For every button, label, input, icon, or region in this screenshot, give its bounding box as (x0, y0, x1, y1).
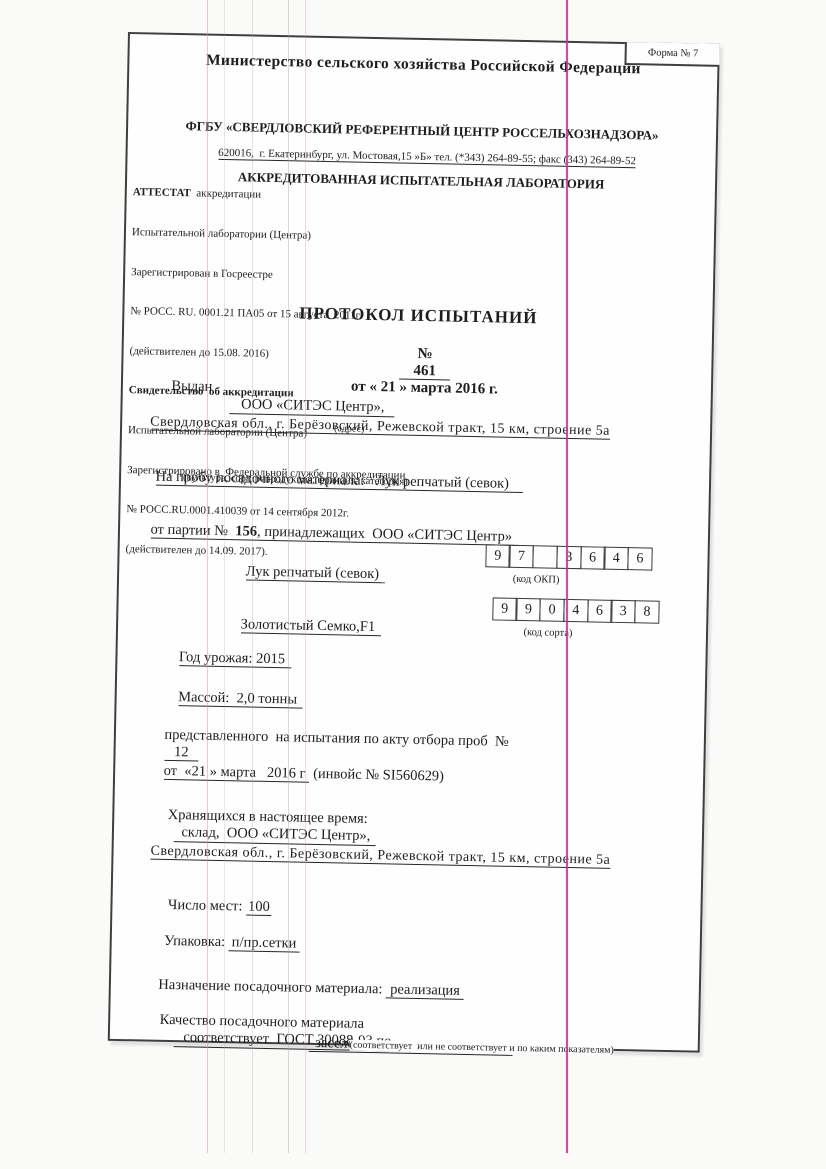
batch-suffix: , принадлежащих ООО «СИТЭС Центр» (257, 524, 512, 545)
okp-code-cell: 6 (580, 546, 605, 569)
places-value: 100 (246, 899, 272, 917)
variety-code-caption: (код сорта) (483, 626, 613, 640)
address-caption: (адрес) (334, 423, 365, 435)
okp-code-cell: 6 (627, 547, 652, 570)
variety-code-cell: 9 (492, 597, 517, 620)
attestat-word: АТТЕСТАТ (133, 187, 191, 200)
act-date-text: от «21 » марта 2016 г (163, 763, 309, 783)
batch-text: от партии № 156, принадлежащих ООО «СИТЭ… (150, 522, 520, 546)
accreditation-line: Зарегистрирован в Госреестре (131, 266, 409, 285)
okp-code-cell (532, 545, 557, 568)
accreditation-line: Испытательной лаборатории (Центра) (132, 226, 410, 245)
variety-code-boxes: 9 9 0 4 6 3 8 (493, 597, 659, 623)
accreditation-title1: АТТЕСТАТ аккредитации (133, 187, 411, 206)
purpose-value: реализация (386, 981, 464, 1000)
harvest-year-text: Год урожая: 2015 (179, 649, 291, 668)
storage-address-text: Свердловская обл., г. Берёзовский, Режев… (150, 844, 610, 869)
packaging-value: п/пр.сетки (229, 934, 300, 952)
variety-code-cell: 8 (634, 600, 659, 623)
okp-label: Лук репчатый (севок) (246, 563, 386, 583)
batch-number: 156 (235, 523, 257, 539)
form-number-label: Форма № 7 (648, 47, 699, 59)
variety-code-cell: 6 (587, 599, 612, 622)
mass-text: Массой: 2,0 тонны (178, 689, 303, 709)
okp-code-cell: 3 (556, 546, 581, 569)
protocol-document: Форма № 7 Министерство сельского хозяйст… (108, 32, 720, 1053)
okp-code-cell: 9 (485, 544, 510, 567)
variety-code-cell: 0 (539, 598, 564, 621)
protocol-number: 461 (399, 363, 450, 381)
places-label: Число мест: (168, 897, 246, 915)
okp-code-caption: (код ОКП) (471, 573, 601, 587)
okp-code-boxes: 9 7 3 6 4 6 (486, 544, 652, 570)
purpose-label: Назначение посадочного материала: (158, 977, 386, 998)
act-invoice: (инвойс № SI560629) (309, 766, 444, 785)
okp-code-cell: 4 (604, 547, 629, 570)
protocol-number-label: № (417, 346, 432, 362)
variety-code-cell: 3 (610, 600, 635, 623)
client-address-line: Свердловская обл., г. Берёзовский, Режев… (134, 398, 611, 456)
issued-label: Выдан (171, 378, 212, 395)
variety-code-cell: 4 (563, 599, 588, 622)
attestat-rest: аккредитации (191, 188, 262, 201)
client-address-text: Свердловская обл., г. Берёзовский, Режев… (150, 415, 610, 440)
variety-code-cell: 9 (516, 598, 541, 621)
packaging-label: Упаковка: (164, 933, 229, 950)
okp-label-line: Лук репчатый (севок) (231, 546, 386, 600)
storage-address-line: Свердловская обл., г. Берёзовский, Режев… (134, 827, 611, 885)
batch-prefix: от партии № (150, 522, 235, 540)
okp-code-cell: 7 (509, 545, 534, 568)
